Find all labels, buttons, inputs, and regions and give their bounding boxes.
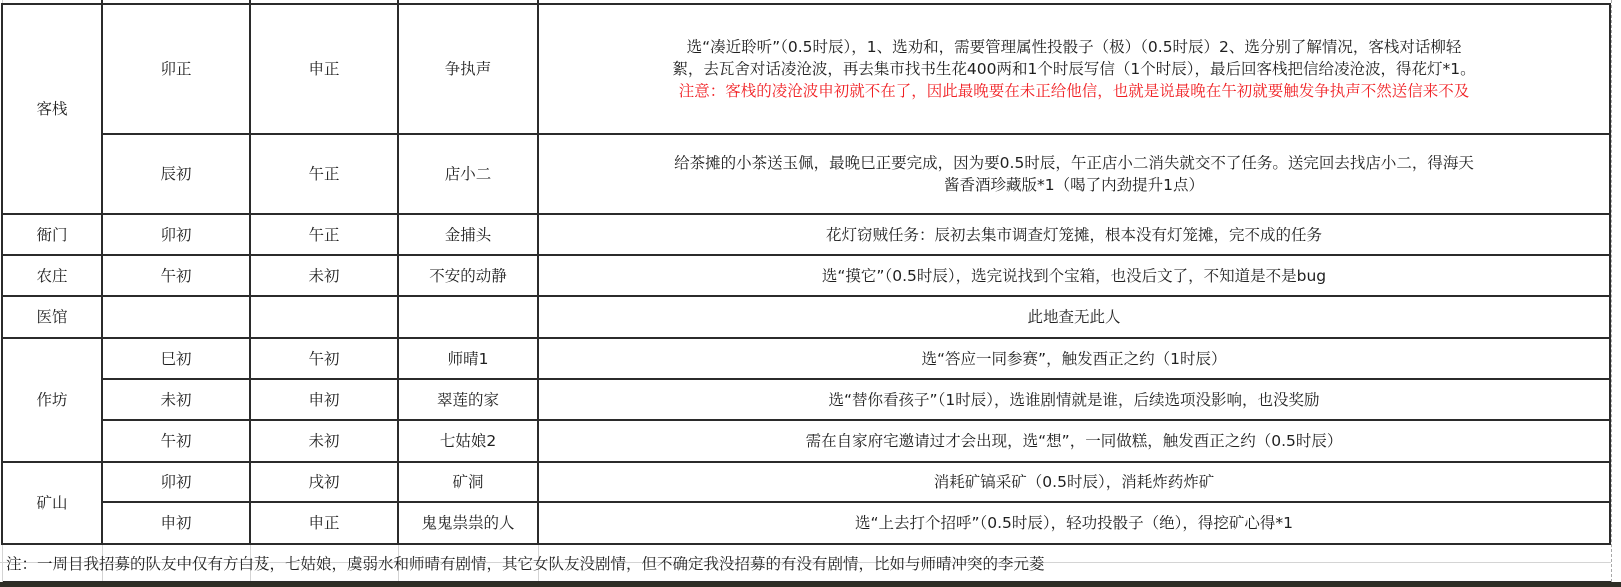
description-line: 选“上去打个招呼”（0.5时辰），轻功投骰子（绝），得挖矿心得*1 xyxy=(855,512,1293,534)
end-time-cell: 未初 xyxy=(251,256,399,297)
end-time-cell: 戌初 xyxy=(251,463,399,503)
start-time-cell: 卯初 xyxy=(103,463,251,503)
description-line: 此地查无此人 xyxy=(1027,306,1120,328)
description-cell: 花灯窃贼任务：辰初去集市调查灯笼摊，根本没有灯笼摊，完不成的任务 xyxy=(539,215,1611,256)
end-time-cell xyxy=(251,297,399,339)
description-line: 消耗矿镐采矿（0.5时辰），消耗炸药炸矿 xyxy=(934,471,1214,493)
event-cell: 矿洞 xyxy=(399,463,539,503)
start-time-cell: 午初 xyxy=(103,421,251,463)
description-cell: 需在自家府宅邀请过才会出现，选“想”，一同做糕，触发酉正之约（0.5时辰） xyxy=(539,421,1611,463)
description-cell: 选“答应一同参赛”，触发酉正之约（1时辰） xyxy=(539,339,1611,380)
page-break-line xyxy=(1611,0,1612,587)
warning-text: 注意：客栈的凌沧波申初就不在了，因此最晚要在未正给他信，也就是说最晚在午初就要触… xyxy=(679,80,1470,102)
event-cell: 翠莲的家 xyxy=(399,380,539,421)
start-time-cell: 巳初 xyxy=(103,339,251,380)
description-line: 选“替你看孩子”（1时辰），选谁剧情就是谁，后续选项没影响，也没奖励 xyxy=(829,389,1320,411)
description-line: 选“答应一同参赛”，触发酉正之约（1时辰） xyxy=(922,348,1227,370)
description-cell: 选“替你看孩子”（1时辰），选谁剧情就是谁，后续选项没影响，也没奖励 xyxy=(539,380,1611,421)
start-time-cell: 辰初 xyxy=(103,135,251,215)
location-cell: 作坊 xyxy=(3,339,103,463)
end-time-cell: 午初 xyxy=(251,339,399,380)
table-left-border xyxy=(1,3,3,545)
description-cell: 选“摸它”（0.5时辰），选完说找到个宝箱，也没后文了，不知道是不是bug xyxy=(539,256,1611,297)
location-cell: 衙门 xyxy=(3,215,103,256)
description-cell: 给茶摊的小茶送玉佩，最晚巳正要完成，因为要0.5时辰，午正店小二消失就交不了任务… xyxy=(539,135,1611,215)
location-cell: 农庄 xyxy=(3,256,103,297)
start-time-cell: 申初 xyxy=(103,503,251,545)
description-cell: 选“凑近聆听”（0.5时辰），1、选劝和，需要管理属性投骰子（极）（0.5时辰）… xyxy=(539,5,1611,135)
description-line: 花灯窃贼任务：辰初去集市调查灯笼摊，根本没有灯笼摊，完不成的任务 xyxy=(826,224,1322,246)
start-time-cell: 午初 xyxy=(103,256,251,297)
event-cell: 店小二 xyxy=(399,135,539,215)
event-cell: 争执声 xyxy=(399,5,539,135)
spreadsheet: 客栈 衙门 农庄 医馆 作坊 矿山 卯正 申正 争执声 选“凑近聆听”（0.5时… xyxy=(0,0,1621,587)
end-time-cell: 午正 xyxy=(251,215,399,256)
description-line: 给茶摊的小茶送玉佩，最晚巳正要完成，因为要0.5时辰，午正店小二消失就交不了任务… xyxy=(674,152,1474,174)
end-time-cell: 申正 xyxy=(251,503,399,545)
start-time-cell: 卯正 xyxy=(103,5,251,135)
description-line: 需在自家府宅邀请过才会出现，选“想”，一同做糕，触发酉正之约（0.5时辰） xyxy=(806,430,1343,452)
event-cell: 金捕头 xyxy=(399,215,539,256)
end-time-cell: 申正 xyxy=(251,5,399,135)
footnote: 注：一周目我招募的队友中仅有方白芨，七姑娘，虞弱水和师晴有剧情，其它女队友没剧情… xyxy=(3,545,1611,583)
location-cell: 矿山 xyxy=(3,463,103,545)
description-line: 选“凑近聆听”（0.5时辰），1、选劝和，需要管理属性投骰子（极）（0.5时辰）… xyxy=(687,36,1462,58)
location-cell: 客栈 xyxy=(3,5,103,215)
start-time-cell: 未初 xyxy=(103,380,251,421)
start-time-cell: 卯初 xyxy=(103,215,251,256)
event-cell xyxy=(399,297,539,339)
location-cell: 医馆 xyxy=(3,297,103,339)
start-time-cell xyxy=(103,297,251,339)
description-cell: 此地查无此人 xyxy=(539,297,1611,339)
event-cell: 不安的动静 xyxy=(399,256,539,297)
description-cell: 选“上去打个招呼”（0.5时辰），轻功投骰子（绝），得挖矿心得*1 xyxy=(539,503,1611,545)
event-cell: 师晴1 xyxy=(399,339,539,380)
window-bottom-edge xyxy=(0,582,1621,587)
event-cell: 鬼鬼祟祟的人 xyxy=(399,503,539,545)
description-cell: 消耗矿镐采矿（0.5时辰），消耗炸药炸矿 xyxy=(539,463,1611,503)
event-cell: 七姑娘2 xyxy=(399,421,539,463)
end-time-cell: 未初 xyxy=(251,421,399,463)
end-time-cell: 申初 xyxy=(251,380,399,421)
description-line: 选“摸它”（0.5时辰），选完说找到个宝箱，也没后文了，不知道是不是bug xyxy=(822,265,1326,287)
end-time-cell: 午正 xyxy=(251,135,399,215)
description-line: 絮，去瓦舍对话凌沧波，再去集市找书生花400两和1个时辰写信（1个时辰），最后回… xyxy=(672,58,1475,80)
description-line: 酱香酒珍藏版*1（喝了内劲提升1点） xyxy=(944,174,1204,196)
